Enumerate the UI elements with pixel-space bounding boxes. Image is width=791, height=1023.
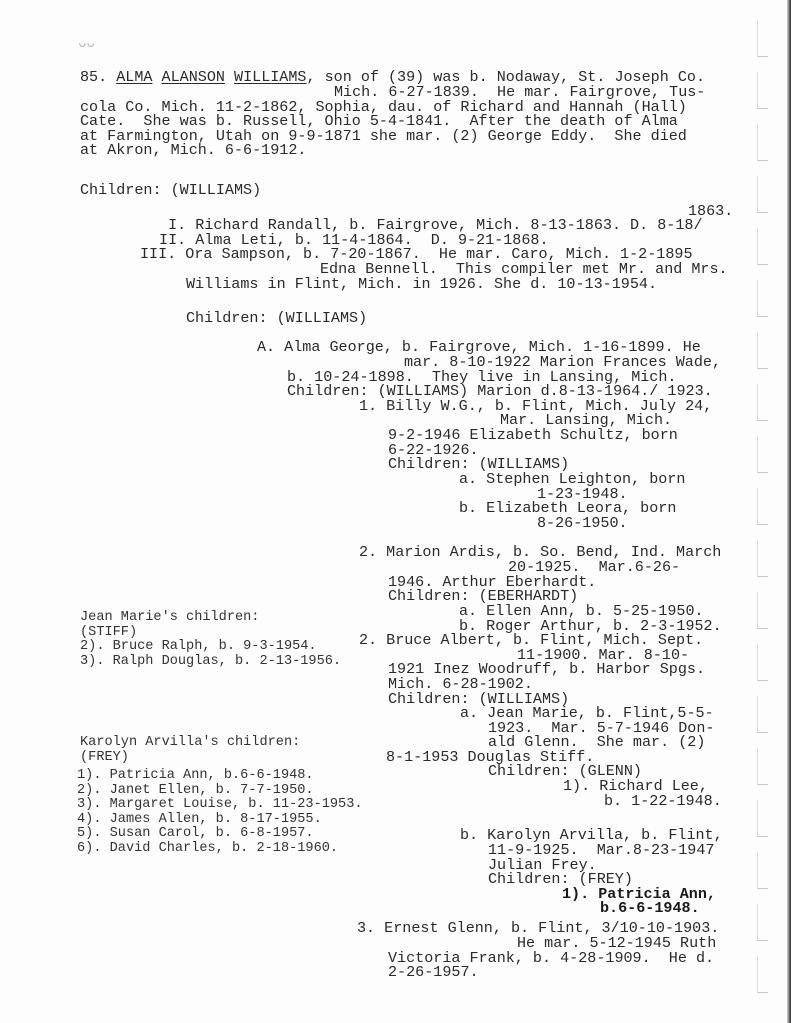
- children-heading: Children: (WILLIAMS): [80, 182, 261, 198]
- edge-mark: [757, 72, 768, 109]
- entry-name-first: ALMA: [116, 68, 152, 86]
- edge-mark: [757, 904, 768, 941]
- page-edge: [787, 0, 791, 1023]
- entry-number: 85.: [80, 68, 107, 86]
- jean-marie-child: 3). Ralph Douglas, b. 2-13-1956.: [80, 654, 341, 670]
- edge-mark: [757, 280, 768, 317]
- descendant-line: 8-26-1950.: [537, 515, 628, 531]
- descendant-line: 2-26-1957.: [388, 964, 479, 980]
- karolyn-child: 5). Susan Carol, b. 6-8-1957.: [77, 826, 314, 842]
- edge-mark: [757, 436, 768, 473]
- edge-mark: [757, 852, 768, 889]
- edge-mark: [757, 644, 768, 681]
- karolyn-child: 3). Margaret Louise, b. 11-23-1953.: [77, 797, 363, 813]
- karolyn-children-surname: (FREY): [80, 750, 129, 766]
- descendant-line: b. 1-22-1948.: [604, 793, 722, 809]
- edge-mark: [757, 124, 768, 161]
- entry-name-last: WILLIAMS: [234, 68, 306, 86]
- page-number: 66: [78, 36, 95, 52]
- child-entry-continued: Williams in Flint, Mich. in 1926. She d.…: [186, 276, 657, 292]
- jean-marie-children-heading: Jean Marie's children:: [80, 610, 259, 626]
- edge-mark: [757, 800, 768, 837]
- descendant-line-bold: b.6-6-1948.: [600, 900, 700, 916]
- edge-mark: [757, 228, 768, 265]
- edge-mark: [757, 332, 768, 369]
- edge-mark: [757, 696, 768, 733]
- edge-mark: [757, 20, 768, 57]
- edge-mark: [757, 592, 768, 629]
- edge-mark: [757, 176, 768, 213]
- jean-marie-child: 2). Bruce Ralph, b. 9-3-1954.: [80, 639, 317, 655]
- entry-name-middle: ALANSON: [162, 68, 225, 86]
- grandchildren-heading: Children: (WILLIAMS): [186, 310, 367, 326]
- karolyn-children-heading: Karolyn Arvilla's children:: [80, 735, 300, 751]
- document-page: 66 85. ALMA ALANSON WILLIAMS, son of (39…: [0, 0, 791, 1023]
- edge-mark: [757, 956, 768, 993]
- edge-mark: [757, 748, 768, 785]
- entry-line: at Akron, Mich. 6-6-1912.: [80, 142, 306, 158]
- karolyn-child: 1). Patricia Ann, b.6-6-1948.: [77, 768, 314, 784]
- karolyn-child: 6). David Charles, b. 2-18-1960.: [77, 841, 338, 857]
- edge-mark: [757, 540, 768, 577]
- edge-mark: [757, 384, 768, 421]
- edge-mark: [757, 488, 768, 525]
